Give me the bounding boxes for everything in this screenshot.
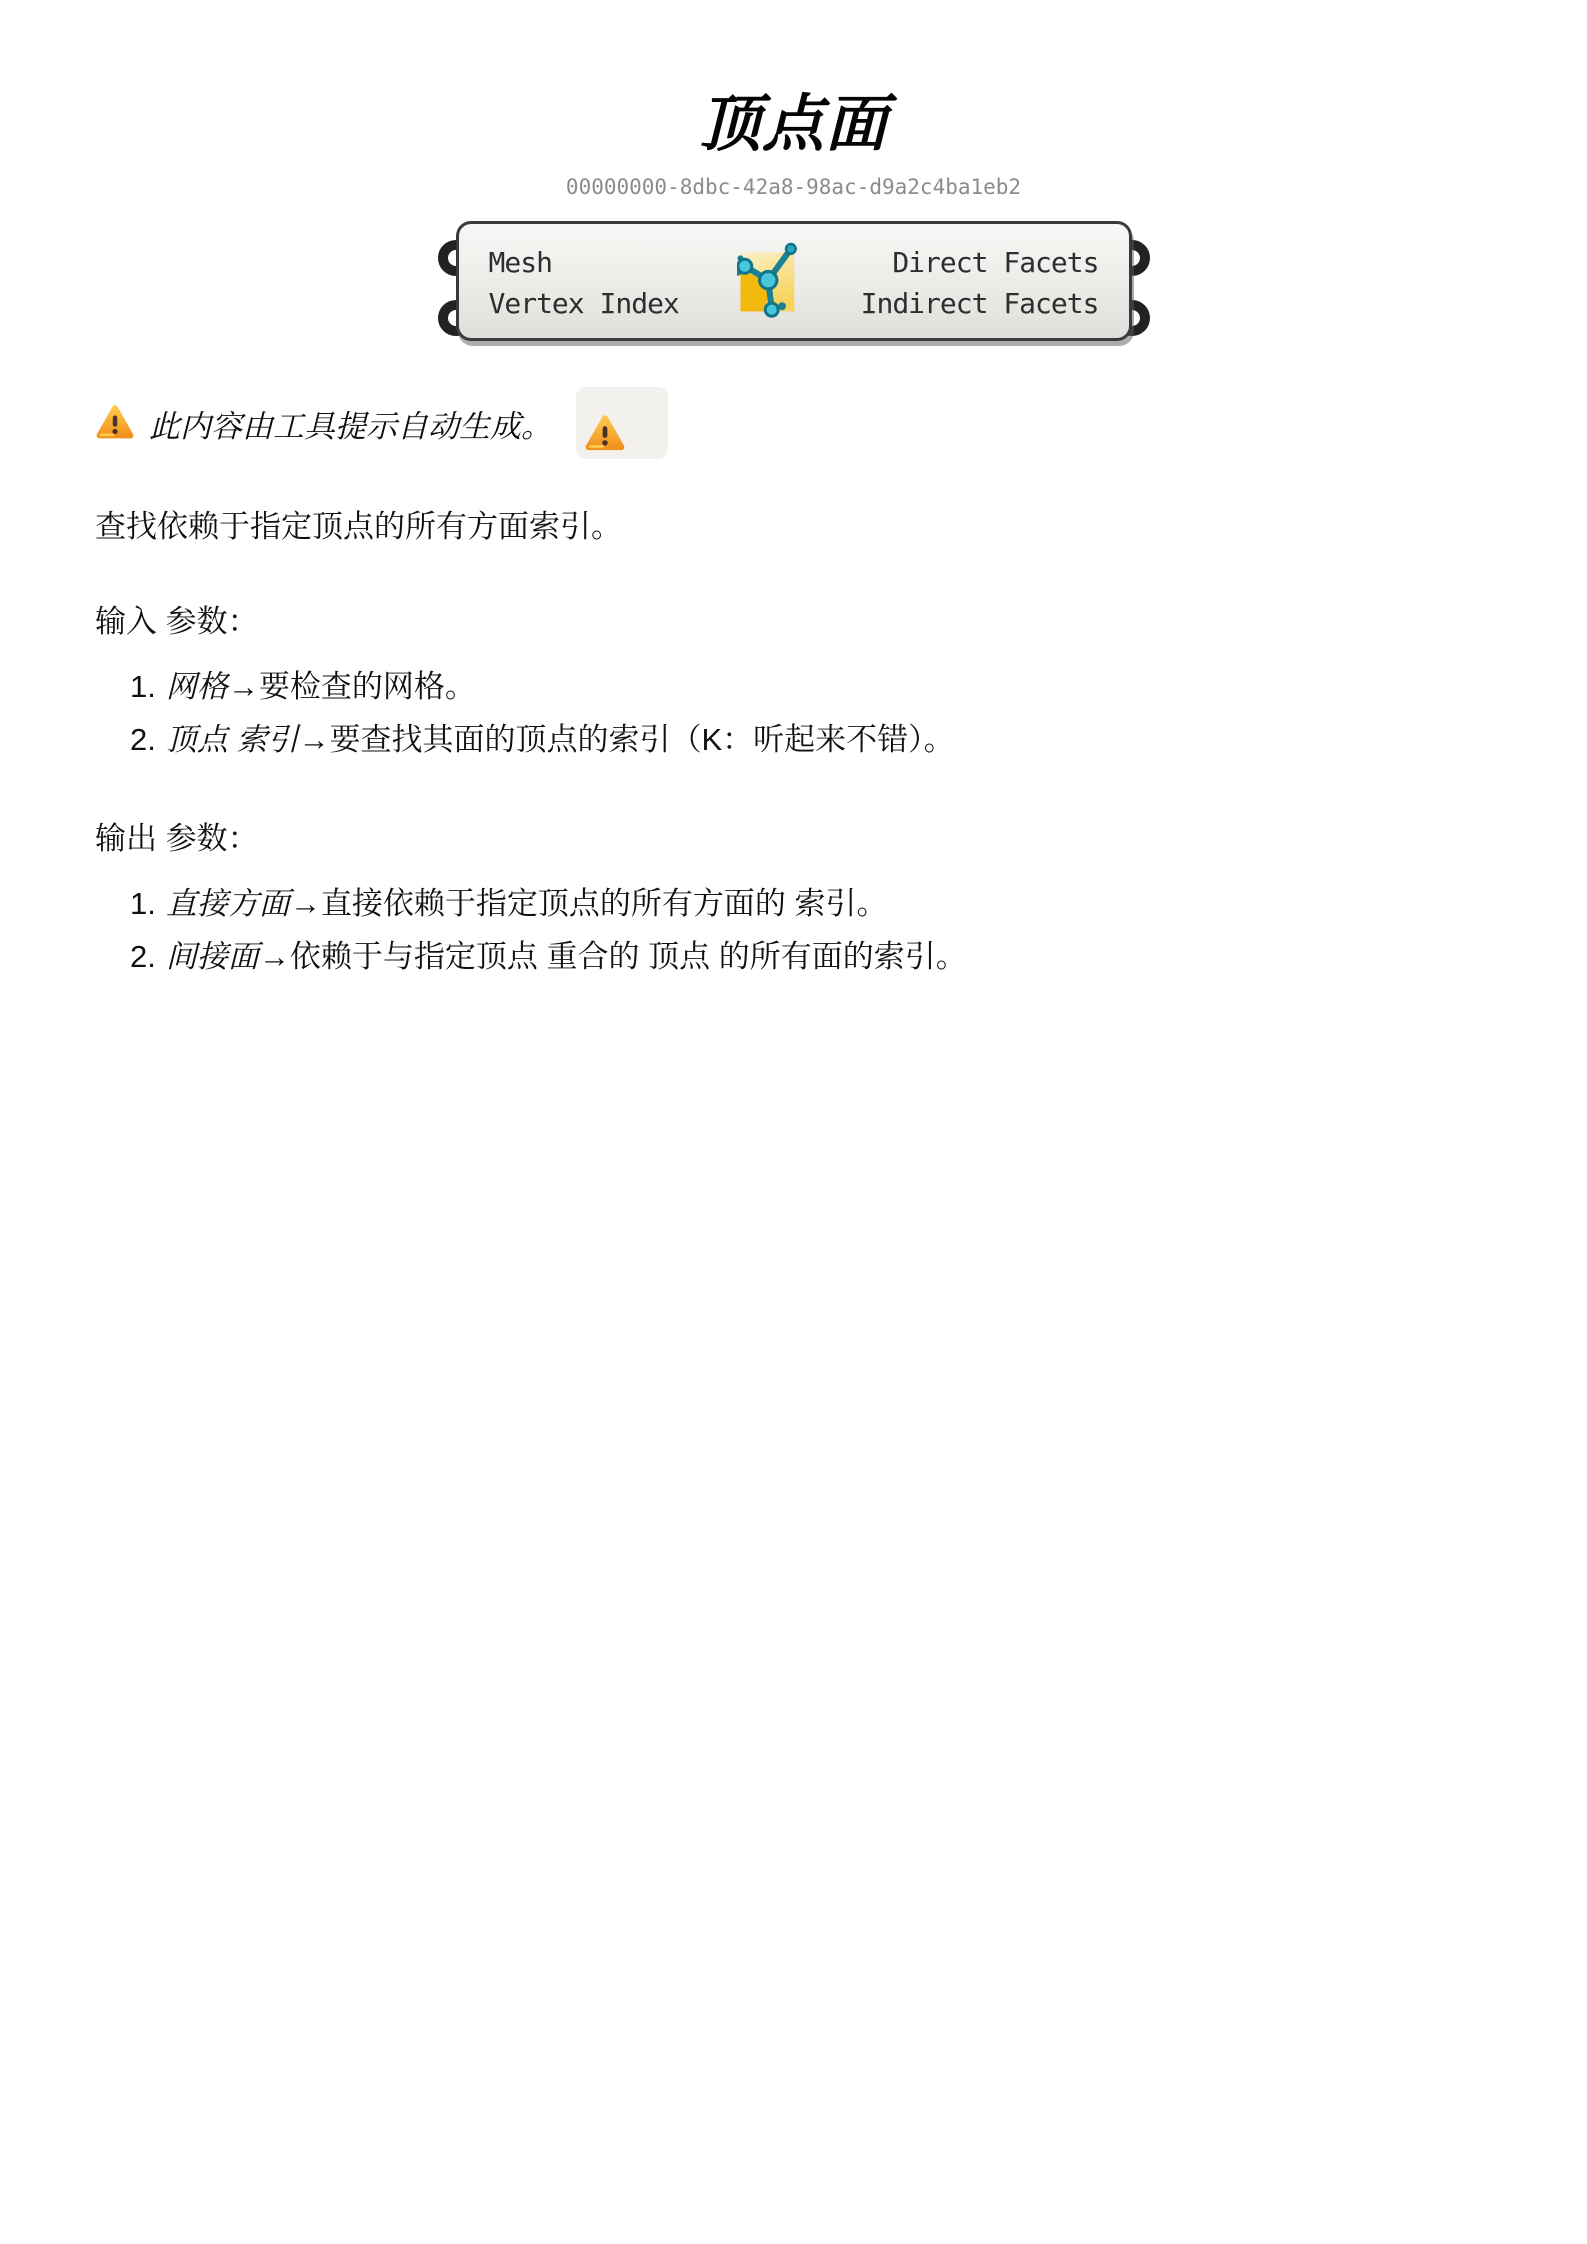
doc-page: 顶点面 00000000-8dbc-42a8-98ac-d9a2c4ba1eb2… xyxy=(0,0,1587,2244)
param-name: 网格 xyxy=(166,669,228,704)
vertex-facets-icon xyxy=(737,240,803,322)
param-description: 要检查的网格。 xyxy=(259,669,476,704)
input-params-list: 1.网格→要检查的网格。 2.顶点 索引→要查找其面的顶点的索引（K：听起来不错… xyxy=(0,665,1587,763)
input-param-item-2: 2.顶点 索引→要查找其面的顶点的索引（K：听起来不错）。 xyxy=(130,718,1587,763)
output-label-indirect-facets: Indirect Facets xyxy=(861,287,1099,320)
icon-node-top-right xyxy=(786,244,796,254)
param-name: 直接方面 xyxy=(166,886,290,921)
param-name: 顶点 索引 xyxy=(166,722,299,757)
component-diagram: Mesh Vertex Index xyxy=(0,221,1587,341)
icon-node-center xyxy=(759,271,776,288)
warning-icon xyxy=(584,413,626,455)
output-params-heading: 输出 参数： xyxy=(95,813,1492,858)
page-title: 顶点面 xyxy=(0,74,1587,163)
item-number: 1. xyxy=(130,669,156,704)
output-label-direct-facets: Direct Facets xyxy=(892,246,1098,279)
grasshopper-component-node: Mesh Vertex Index xyxy=(456,221,1132,341)
input-params-heading: 输入 参数： xyxy=(95,596,1492,641)
component-body: Mesh Vertex Index xyxy=(456,221,1132,341)
component-output-labels: Direct Facets Indirect Facets xyxy=(861,224,1099,338)
component-description: 查找依赖于指定顶点的所有方面索引。 xyxy=(95,501,1492,546)
param-description: 依赖于与指定顶点 重合的 顶点 的所有面的索引。 xyxy=(290,939,967,974)
output-params-list: 1.直接方面→直接依赖于指定顶点的所有方面的 索引。 2.间接面→依赖于与指定顶… xyxy=(0,882,1587,980)
component-guid: 00000000-8dbc-42a8-98ac-d9a2c4ba1eb2 xyxy=(0,175,1587,199)
input-param-item-1: 1.网格→要检查的网格。 xyxy=(130,665,1587,710)
warning-icon xyxy=(95,403,135,443)
component-input-labels: Mesh Vertex Index xyxy=(489,224,679,338)
auto-generated-warning: 此内容由工具提示自动生成。 xyxy=(95,387,1492,459)
arrow-glyph: → xyxy=(259,939,290,974)
item-number: 2. xyxy=(130,939,156,974)
arrow-glyph: → xyxy=(290,886,321,921)
input-label-mesh: Mesh xyxy=(489,246,552,279)
param-description: 直接依赖于指定顶点的所有方面的 索引。 xyxy=(321,886,888,921)
icon-node-bottom xyxy=(765,303,778,316)
warning-text: 此内容由工具提示自动生成。 xyxy=(149,401,552,446)
icon-node-left xyxy=(738,259,752,273)
input-label-vertex-index: Vertex Index xyxy=(489,287,679,320)
arrow-glyph: → xyxy=(298,722,329,757)
param-description: 要查找其面的顶点的索引（K：听起来不错）。 xyxy=(329,722,954,757)
warning-emoji-chip xyxy=(576,387,668,459)
arrow-glyph: → xyxy=(228,669,259,704)
item-number: 2. xyxy=(130,722,156,757)
output-param-item-1: 1.直接方面→直接依赖于指定顶点的所有方面的 索引。 xyxy=(130,882,1587,927)
param-name: 间接面 xyxy=(166,939,259,974)
item-number: 1. xyxy=(130,886,156,921)
output-param-item-2: 2.间接面→依赖于与指定顶点 重合的 顶点 的所有面的索引。 xyxy=(130,935,1587,980)
